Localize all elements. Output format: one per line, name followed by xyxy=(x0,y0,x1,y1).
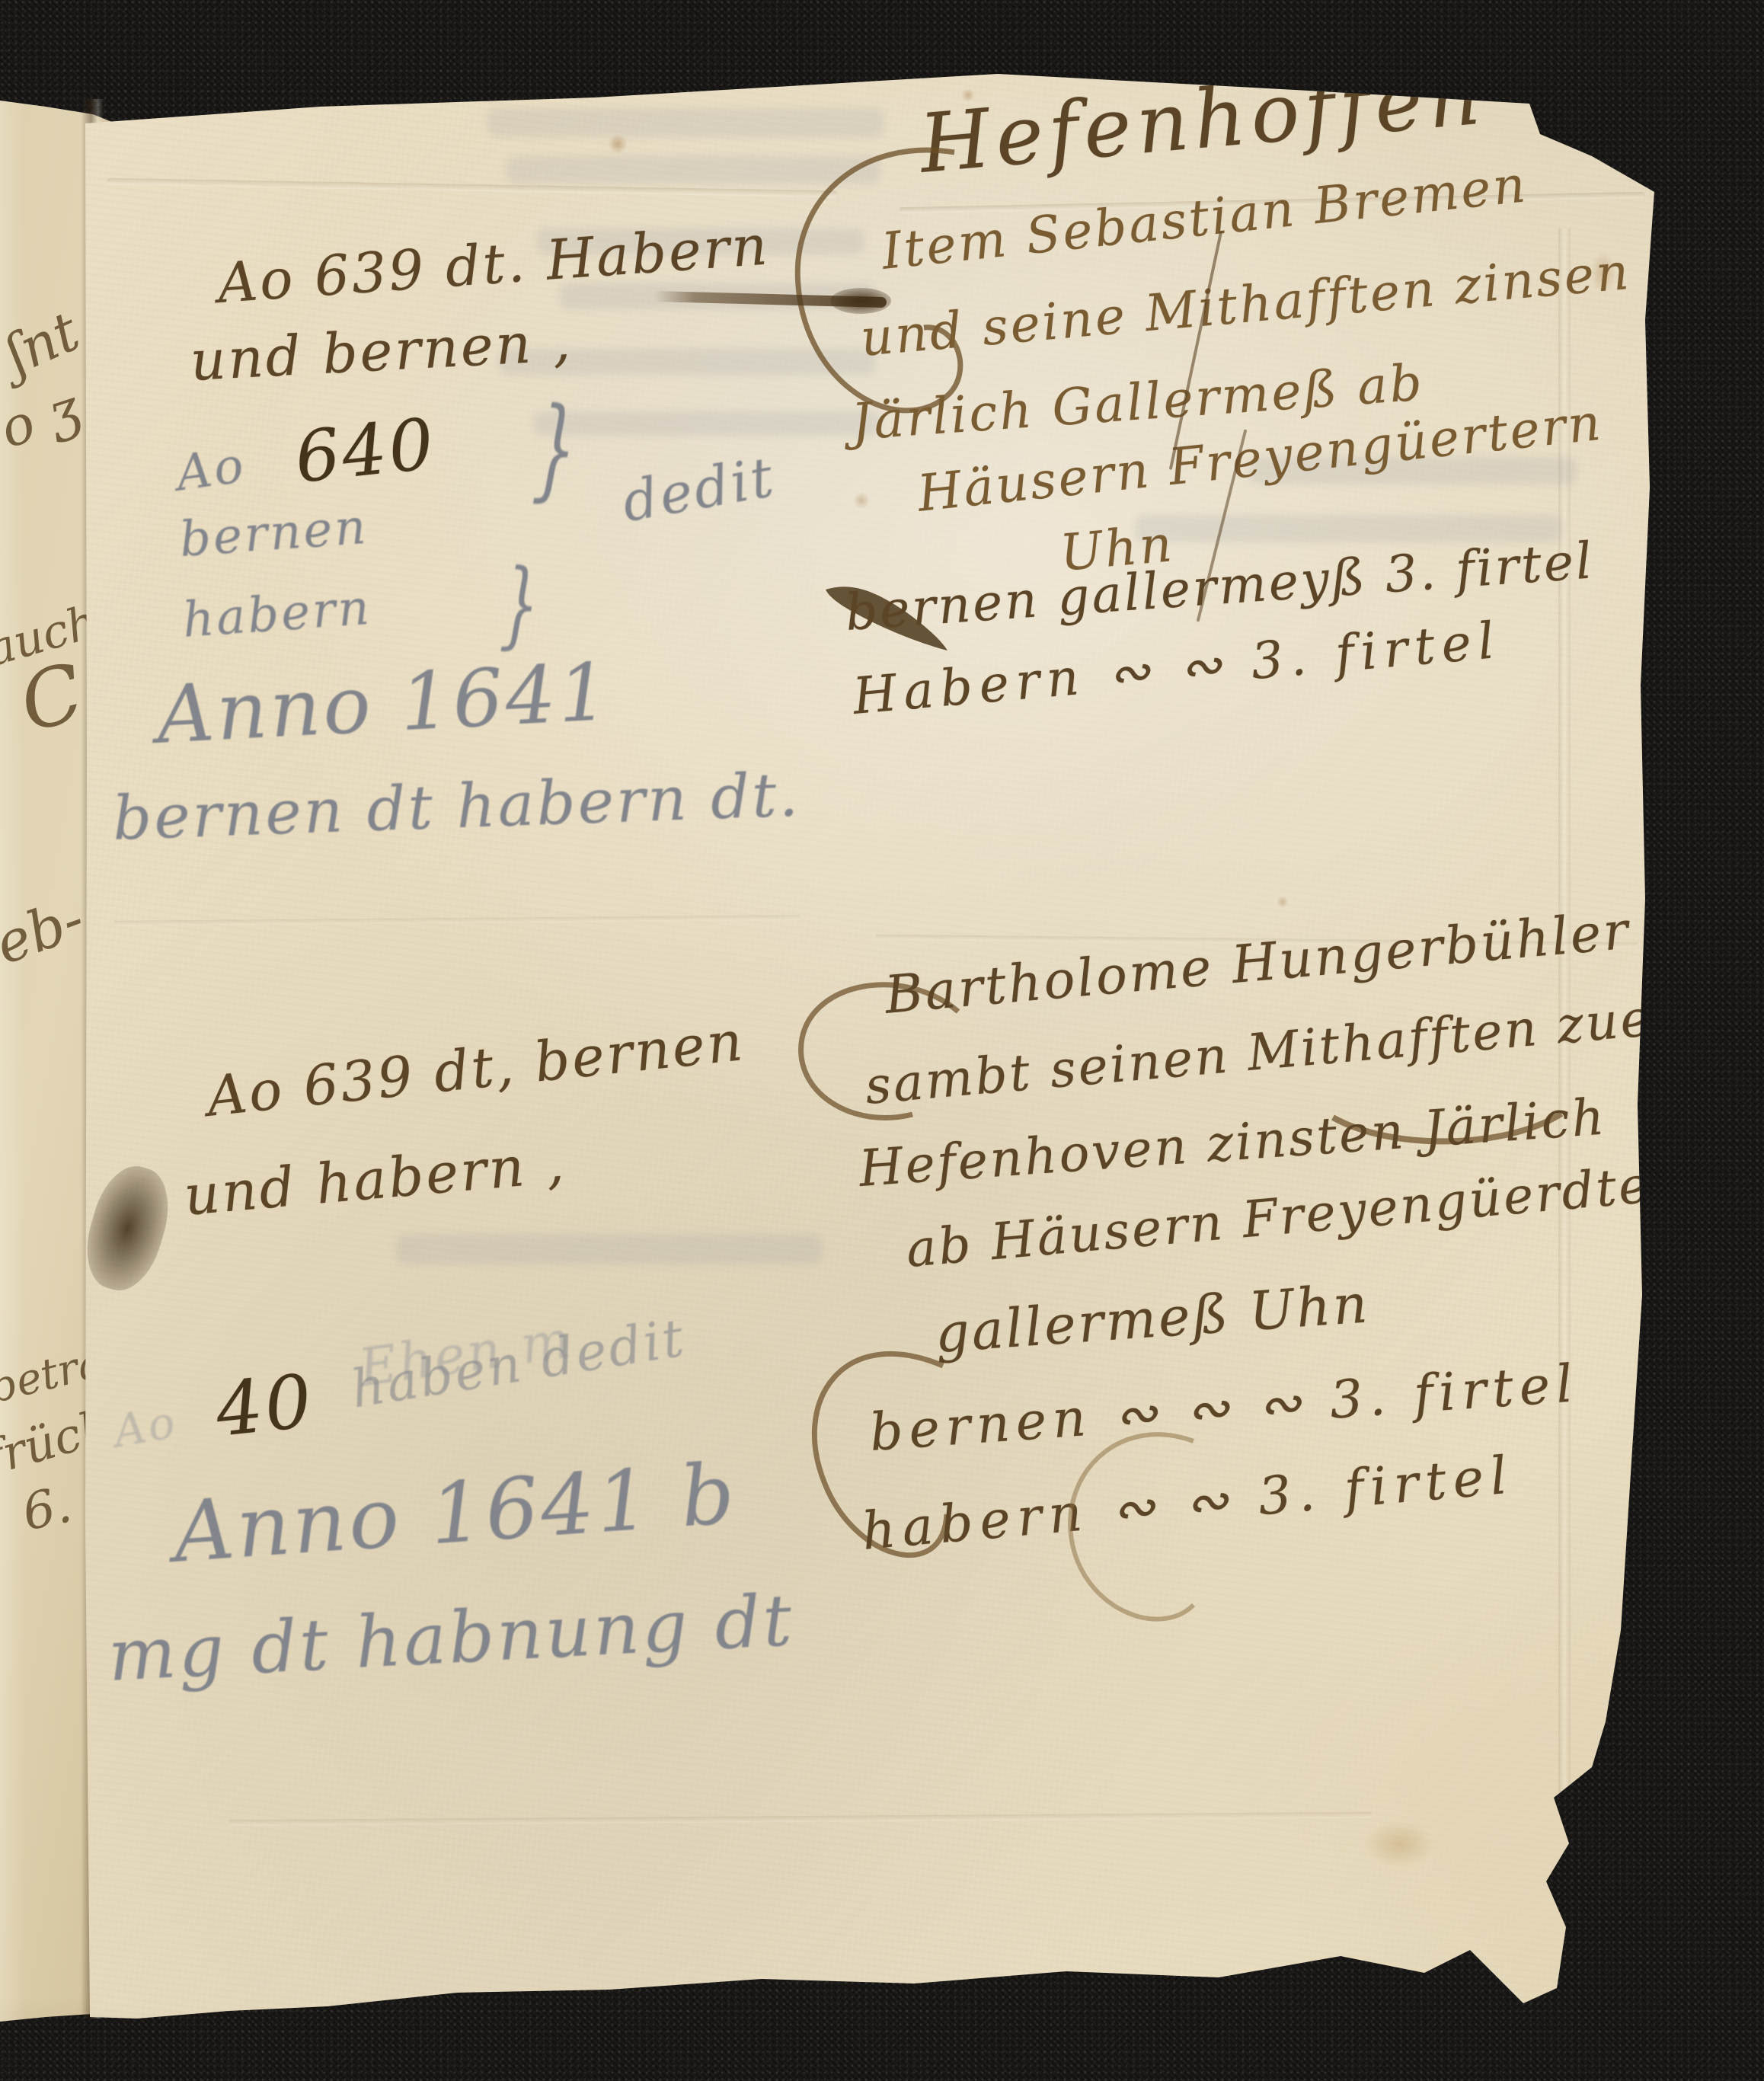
ink-blob xyxy=(75,1158,180,1299)
pencil-grain-record: bernen dt habern dt. xyxy=(111,759,801,854)
closing-paren-flourish xyxy=(1636,1271,1758,1575)
fox-stain xyxy=(608,134,628,154)
year-note-line: Ao 639 dt. Habern xyxy=(216,213,772,315)
ink-circle-fragment xyxy=(1053,1426,1197,1632)
manuscript-page: Hefenhoffen Item Sebastian Bremen und se… xyxy=(0,0,1764,2081)
margin-fragment: eb- xyxy=(0,886,92,978)
year-note-line: und bernen , xyxy=(189,309,574,393)
year-640: 640 xyxy=(291,403,439,499)
margin-fragment: C xyxy=(11,645,92,750)
pencil-dedit-word: dedit xyxy=(618,445,780,535)
pencil-brace: } xyxy=(530,383,583,516)
pencil-anno-year: Anno 1641 b xyxy=(171,1444,740,1581)
year-40: 40 xyxy=(212,1358,318,1453)
fox-stain xyxy=(853,492,870,509)
pencil-grain-word: habern xyxy=(181,580,373,649)
year-note-line: und habern , xyxy=(181,1130,568,1227)
grain-due-line: bernen ∾ ∾ ∾ 3. firtel xyxy=(868,1354,1580,1463)
year-note-line: Ao 639 dt, bernen xyxy=(204,1009,748,1129)
pencil-brace: } xyxy=(498,549,544,661)
pencil-grain-word: bernen xyxy=(177,499,369,568)
paper-crease xyxy=(107,178,838,198)
margin-fragment: 6. xyxy=(18,1475,77,1542)
fox-stain xyxy=(1363,1820,1436,1868)
pencil-grain-record: mg dt habnung dt xyxy=(106,1579,796,1698)
paper-crease xyxy=(114,915,800,926)
photo-backdrop: ʃnt o ʒ, auch C eb- betragt früchte 6. xyxy=(0,0,1764,2081)
tenant-paragraph-line: gallermeß Uhn xyxy=(933,1272,1372,1365)
bleed-through-ghost xyxy=(396,1234,823,1264)
fox-stain xyxy=(1277,896,1289,908)
paper-crease xyxy=(228,1812,1371,1826)
pencil-year-abbrev: Ao xyxy=(110,1395,181,1457)
pencil-year-abbrev: Ao xyxy=(173,437,249,503)
pencil-anno-year: Anno 1641 xyxy=(155,645,613,762)
